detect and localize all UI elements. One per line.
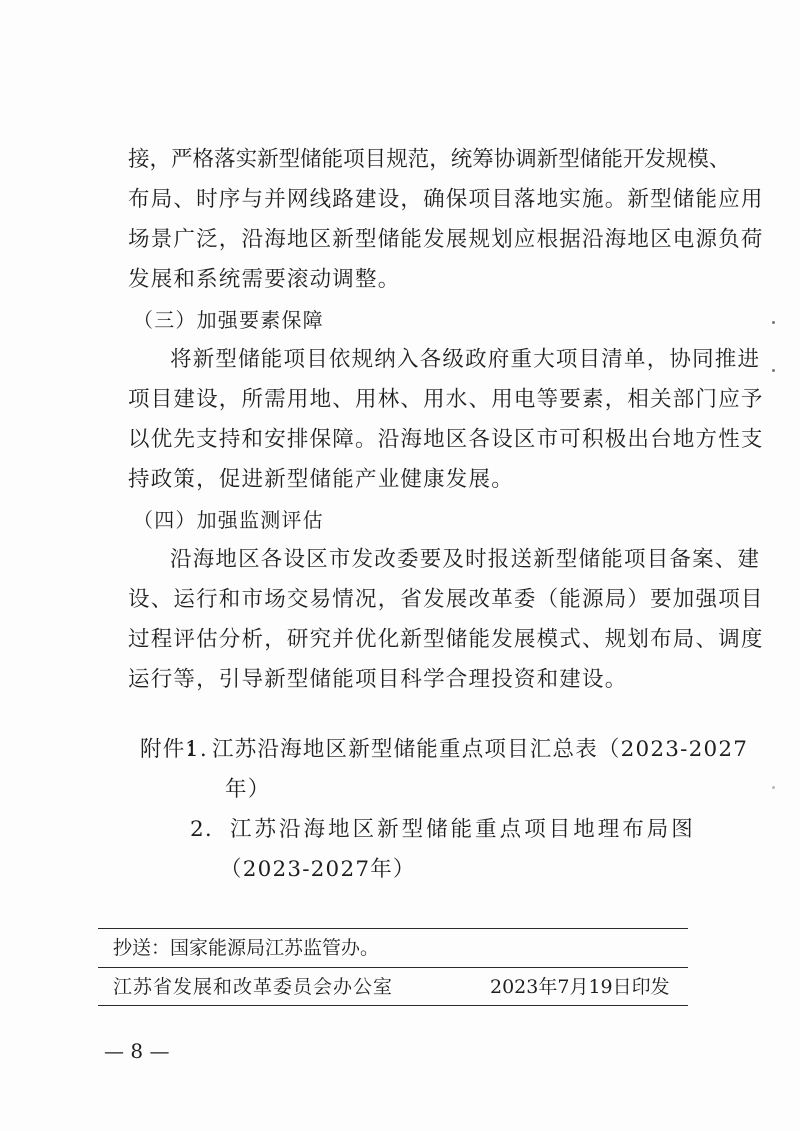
text-line: 沿海地区各设区市发改委要及时报送新型储能项目备案、建 <box>170 547 760 573</box>
attachment-title-2: 江苏沿海地区新型储能重点项目地理布局图 <box>230 817 693 843</box>
divider-middle <box>98 967 688 968</box>
text-line: 场景广泛，沿海地区新型储能发展规划应根据沿海地区电源负荷 <box>128 227 764 253</box>
attachment-number-2: 2. <box>190 817 213 843</box>
scan-speck <box>772 369 775 372</box>
scan-speck <box>772 786 775 789</box>
issue-date: 2023年7月19日印发 <box>490 975 670 999</box>
text-line: 设、运行和市场交易情况，省发展改革委（能源局）要加强项目 <box>128 587 764 613</box>
text-line: 将新型储能项目依规纳入各级政府重大项目清单，协同推进 <box>170 347 760 373</box>
divider-top <box>98 928 688 929</box>
cc-recipients: 抄送：国家能源局江苏监管办。 <box>113 936 379 960</box>
section-heading-3: （三）加强要素保障 <box>133 307 324 333</box>
text-line: 项目建设，所需用地、用林、用水、用电等要素，相关部门应予 <box>128 387 764 413</box>
text-line: 过程评估分析，研究并优化新型储能发展模式、规划布局、调度 <box>128 627 764 653</box>
text-line: 运行等，引导新型储能项目科学合理投资和建设。 <box>128 667 627 693</box>
divider-bottom <box>98 1005 688 1006</box>
text-line: 以优先支持和安排保障。沿海地区各设区市可积极出台地方性支 <box>128 427 764 453</box>
attachment-number-1: 1. <box>185 737 208 763</box>
text-line: 发展和系统需要滚动调整。 <box>128 267 400 293</box>
issuer: 江苏省发展和改革委员会办公室 <box>113 975 393 999</box>
text-line: 布局、时序与并网线路建设，确保项目落地实施。新型储能应用 <box>128 187 764 213</box>
attachment-title-1: 江苏沿海地区新型储能重点项目汇总表（2023-2027 <box>212 737 748 763</box>
scan-speck <box>772 321 775 324</box>
text-line: 接，严格落实新型储能项目规范，统筹协调新型储能开发规模、 <box>128 147 693 173</box>
text-line: 持政策，促进新型储能产业健康发展。 <box>128 467 514 493</box>
attachment-title-1-cont: 年） <box>225 777 270 803</box>
page-number: — 8 — <box>104 1039 169 1063</box>
section-heading-4: （四）加强监测评估 <box>133 507 324 533</box>
attachment-title-2-cont: （2023-2027年） <box>220 857 416 883</box>
